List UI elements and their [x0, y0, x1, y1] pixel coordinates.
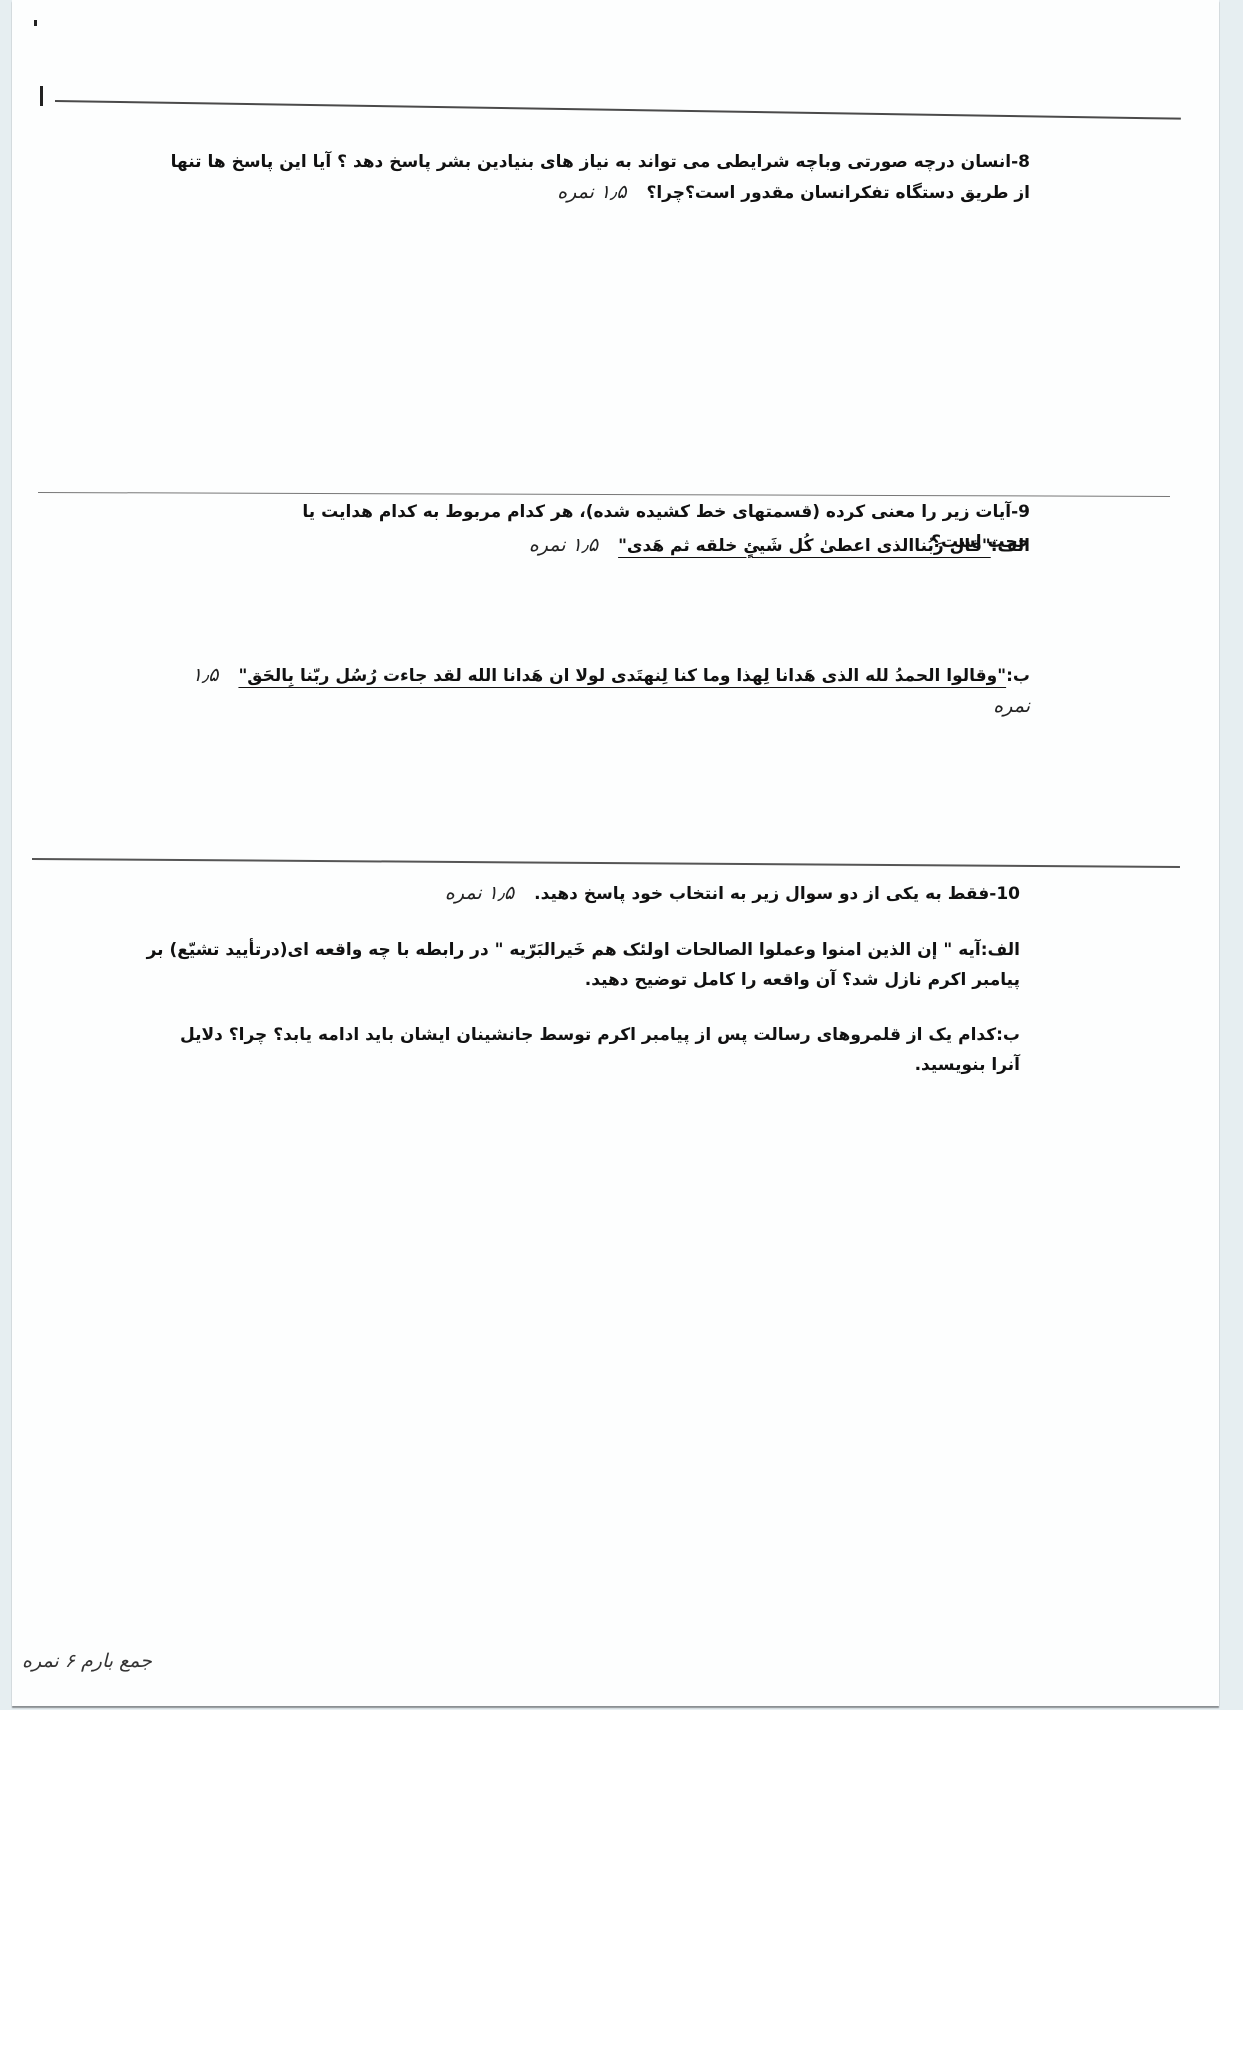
handwritten-total-score: جمع بارم ۶ نمره: [22, 1650, 152, 1672]
question-9-part-a: الف:"قال رَبُناالذی اعطیٰ کُل شَیئٍ خلقه…: [500, 530, 1030, 561]
part-b-verse: "وقالوا الحمدُ لله الذی هَدانا لِهذا وما…: [238, 666, 1006, 686]
part-a-text: آیه " إن الذین امنوا وعملوا الصالحات اول…: [147, 940, 1020, 990]
question-10-grade: ۱٫۵ نمره: [445, 882, 514, 904]
exam-page: [12, 0, 1219, 1706]
part-b-label: ب:: [1006, 666, 1030, 686]
question-10-part-a: الف:آیه " إن الذین امنوا وعملوا الصالحات…: [130, 935, 1020, 995]
question-10-text: 10-فقط به یکی از دو سوال زیر به انتخاب خ…: [534, 884, 1020, 904]
question-10: 10-فقط به یکی از دو سوال زیر به انتخاب خ…: [440, 878, 1020, 909]
part-a-verse: "قال رَبُناالذی اعطیٰ کُل شَیئٍ خلقه ثم …: [618, 536, 991, 556]
part-b-text: کدام یک از قلمروهای رسالت پس از پیامبر ا…: [180, 1025, 1020, 1075]
part-a-grade: ۱٫۵ نمره: [529, 534, 598, 556]
scan-speck: [34, 20, 37, 26]
part-a-label: الف:: [991, 536, 1030, 556]
part-b-label: ب:: [996, 1025, 1020, 1045]
part-a-label: الف:: [981, 940, 1020, 960]
question-8-grade: ۱٫۵ نمره: [557, 181, 626, 203]
scan-speck: [40, 86, 43, 106]
question-9-part-b: ب:"وقالوا الحمدُ لله الذی هَدانا لِهذا و…: [180, 660, 1030, 722]
question-8: 8-انسان درچه صورتی وباچه شرایطی می تواند…: [150, 147, 1030, 208]
question-10-part-b: ب:کدام یک از قلمروهای رسالت پس از پیامبر…: [150, 1020, 1020, 1080]
